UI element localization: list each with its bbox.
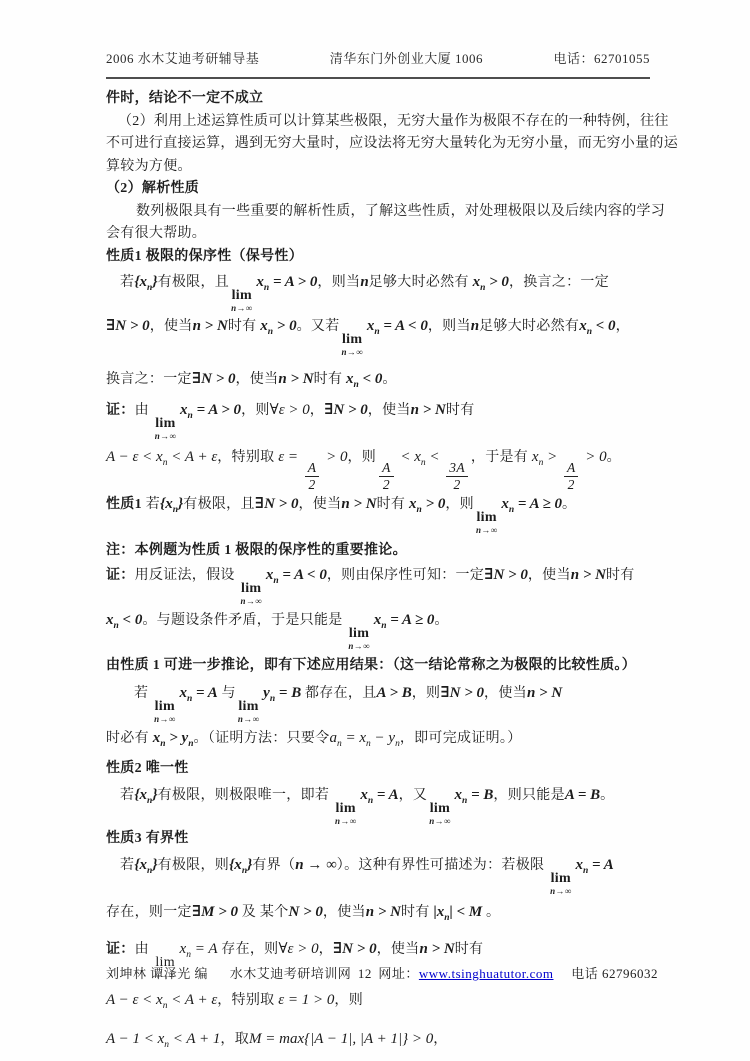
math-run: < xn < bbox=[397, 449, 444, 465]
math-text: a bbox=[330, 730, 338, 746]
lim-text: lim bbox=[155, 417, 175, 431]
header-rule bbox=[106, 77, 650, 79]
math-text: ∀ε > 0 bbox=[278, 941, 318, 957]
limit-symbol: limn→∞ bbox=[154, 700, 175, 724]
text-run: 时有 bbox=[314, 372, 346, 387]
math-text: = A bbox=[373, 787, 399, 803]
math-run: n > N bbox=[571, 567, 606, 583]
math-text: x bbox=[579, 318, 587, 334]
text-run: ，使当 bbox=[323, 905, 366, 920]
text-run: ， bbox=[433, 1032, 447, 1047]
doc-line: 若{xn}有极限，且limn→∞xn = A > 0，则当n足够大时必然有 xn… bbox=[106, 272, 652, 313]
math-text: = A < 0 bbox=[279, 567, 327, 583]
text-run: 时有 bbox=[455, 942, 484, 957]
text-run: ，则 bbox=[347, 450, 376, 465]
text-run: 与 bbox=[218, 686, 236, 701]
math-text: A − ε < x bbox=[106, 449, 163, 465]
lim-under: n→∞ bbox=[241, 597, 262, 606]
text-run: 换言之：一定 bbox=[106, 372, 192, 387]
math-text: y bbox=[263, 685, 270, 701]
math-text: > 0 bbox=[273, 318, 297, 334]
math-run: xn = A ≥ 0 bbox=[501, 496, 562, 512]
math-text: n > N bbox=[419, 941, 454, 957]
footer-site-name: 水木艾迪考研培训网 bbox=[230, 966, 352, 981]
math-run: ∃N > 0 bbox=[484, 567, 528, 583]
text-run: ，使当 bbox=[368, 403, 411, 418]
math-run: A − 1 < xn < A + 1 bbox=[106, 1031, 220, 1047]
math-text: x bbox=[106, 612, 114, 628]
lim-under: n→∞ bbox=[155, 432, 176, 441]
math-text: ∃N > 0 bbox=[484, 567, 528, 583]
math-text: x bbox=[360, 787, 368, 803]
math-text: {x bbox=[134, 787, 147, 803]
math-run: ε = bbox=[278, 449, 302, 465]
fraction: 3A2 bbox=[446, 461, 468, 491]
text-run: 。 bbox=[434, 613, 448, 628]
text-run: ，使当 bbox=[484, 686, 527, 701]
text-run: ，则当 bbox=[428, 319, 471, 334]
math-text: x bbox=[346, 371, 354, 387]
math-run: A − ε < xn < A + ε bbox=[106, 449, 217, 465]
math-run: ∃N > 0 bbox=[192, 371, 236, 387]
math-text: n > N bbox=[366, 904, 401, 920]
text-run: ）。这种有界性可描述为：若极限 bbox=[337, 858, 548, 873]
header-center: 清华东门外创业大厦 1006 bbox=[330, 48, 483, 67]
numerator: A bbox=[379, 461, 394, 477]
math-text: ∃N > 0 bbox=[333, 941, 377, 957]
text-run: ，使当 bbox=[377, 942, 420, 957]
bold-text-run: 证： bbox=[106, 942, 135, 957]
math-text: = B bbox=[275, 685, 301, 701]
math-text: ∃N > 0 bbox=[192, 371, 236, 387]
math-text: = A > 0 bbox=[193, 402, 241, 418]
math-run: an = xn − yn bbox=[330, 730, 400, 746]
numerator: A bbox=[564, 461, 579, 477]
math-run: ∃N > 0 bbox=[255, 496, 299, 512]
math-run: xn > 0 bbox=[473, 274, 509, 290]
text-run: ，取 bbox=[220, 1032, 249, 1047]
math-run: xn > yn bbox=[153, 730, 194, 746]
footer-link[interactable]: www.tsinghuatutor.com bbox=[419, 966, 554, 981]
math-text: x bbox=[532, 449, 539, 465]
math-text: {x bbox=[134, 857, 147, 873]
doc-line: 证：由 limn→∞xn = A > 0，则∀ε > 0，∃N > 0，使当n … bbox=[106, 400, 652, 441]
math-text: n > N bbox=[571, 567, 606, 583]
text-run: ， bbox=[310, 403, 324, 418]
doc-line: 性质2 唯一性 bbox=[106, 758, 652, 779]
lim-under: n→∞ bbox=[348, 642, 369, 651]
math-run: {xn} bbox=[229, 857, 252, 873]
math-run: xn = A < 0 bbox=[367, 318, 428, 334]
text-run: 若 bbox=[120, 858, 134, 873]
math-text: x bbox=[575, 857, 583, 873]
math-run: N > 0 bbox=[289, 904, 323, 920]
numerator: 3A bbox=[446, 461, 468, 477]
text-run: 用反证法，假设 bbox=[135, 568, 239, 583]
text-run: 若 bbox=[120, 275, 134, 290]
text-run: 数列极限具有一些重要的解析性质，了解这些性质，对处理极限以及后续内容的学习 bbox=[136, 204, 665, 219]
limit-symbol: limn→∞ bbox=[241, 582, 262, 606]
text-run: 不可进行直接运算，遇到无穷大量时，应设法将无穷大量转化为无穷小量，而无穷小量的运 bbox=[106, 136, 678, 151]
denominator: 2 bbox=[454, 477, 461, 492]
denominator: 2 bbox=[309, 477, 316, 492]
math-run: n > N bbox=[411, 402, 446, 418]
math-text: > bbox=[543, 449, 561, 465]
document-body: 件时，结论不一定不成立（2）利用上述运算性质可以计算某些极限，无穷大量作为极限不… bbox=[106, 88, 652, 1050]
text-run: 存在，则一定 bbox=[106, 905, 192, 920]
text-run: 有极限，则 bbox=[158, 858, 230, 873]
fraction: A2 bbox=[379, 461, 394, 491]
math-text: < bbox=[426, 449, 444, 465]
math-run: xn = B bbox=[455, 787, 494, 803]
math-text: |x bbox=[433, 904, 444, 920]
doc-line: 性质1 极限的保序性（保号性） bbox=[106, 246, 652, 267]
math-run: {xn} bbox=[160, 496, 183, 512]
math-text: = A bbox=[191, 941, 218, 957]
text-run: 。 bbox=[607, 450, 621, 465]
math-text: = A ≥ 0 bbox=[514, 496, 562, 512]
text-run: 。 bbox=[482, 905, 500, 920]
doc-line: 存在，则一定∃M > 0 及 某个N > 0，使当n > N时有 |xn| < … bbox=[106, 902, 652, 923]
doc-line: 若 limn→∞xn = A 与limn→∞yn = B 都存在，且A > B，… bbox=[106, 683, 652, 724]
text-run: 由 bbox=[135, 403, 153, 418]
math-run: n > N bbox=[527, 685, 562, 701]
page-number: 12 bbox=[358, 966, 372, 982]
math-text: > 0 bbox=[581, 449, 606, 465]
lim-text: lim bbox=[551, 872, 571, 886]
math-run: A − ε < xn < A + ε bbox=[106, 992, 217, 1008]
math-run: {xn} bbox=[134, 274, 157, 290]
math-run: |xn| < M bbox=[433, 904, 482, 920]
math-text: | < M bbox=[450, 904, 483, 920]
lim-under: n→∞ bbox=[238, 715, 259, 724]
lim-under: n→∞ bbox=[342, 348, 363, 357]
math-text: n bbox=[471, 318, 479, 334]
math-text: < A + ε bbox=[167, 992, 217, 1008]
lim-under: n→∞ bbox=[476, 526, 497, 535]
math-run: xn = A bbox=[180, 941, 218, 957]
math-text: ∃N > 0 bbox=[324, 402, 368, 418]
math-text: ∃N > 0 bbox=[440, 685, 484, 701]
math-text: A > B bbox=[377, 685, 412, 701]
math-text: = A ≥ 0 bbox=[386, 612, 434, 628]
text-run: ，则 bbox=[445, 497, 474, 512]
math-text: = A < 0 bbox=[380, 318, 428, 334]
footer-right: 网址：www.tsinghuatutor.com 电话 62796032 bbox=[378, 963, 658, 982]
text-run: 时有 bbox=[377, 497, 409, 512]
math-run: xn = A bbox=[179, 685, 217, 701]
math-text: {x bbox=[229, 857, 242, 873]
limit-symbol: limn→∞ bbox=[476, 511, 497, 535]
math-text: x bbox=[409, 496, 417, 512]
math-run: ∃N > 0 bbox=[333, 941, 377, 957]
limit-symbol: limn→∞ bbox=[335, 802, 356, 826]
math-run: xn > 0 bbox=[409, 496, 445, 512]
math-run: n > N bbox=[366, 904, 401, 920]
lim-text: lim bbox=[342, 333, 362, 347]
math-text: x bbox=[179, 685, 187, 701]
doc-line: 若{xn}有极限，则极限唯一，即若 limn→∞xn = A，又limn→∞xn… bbox=[106, 785, 652, 826]
math-run: xn = A > 0 bbox=[180, 402, 241, 418]
doc-line: 会有很大帮助。 bbox=[106, 223, 652, 244]
lim-under: n→∞ bbox=[231, 304, 252, 313]
math-run: xn > 0 bbox=[260, 318, 296, 334]
math-text: n > N bbox=[193, 318, 228, 334]
math-text: A − ε < x bbox=[106, 992, 163, 1008]
math-text: ∃M > 0 bbox=[192, 904, 238, 920]
doc-line: 不可进行直接运算，遇到无穷大量时，应设法将无穷大量转化为无穷小量，而无穷小量的运 bbox=[106, 133, 652, 154]
math-run: n > N bbox=[419, 941, 454, 957]
math-text: x bbox=[455, 787, 463, 803]
math-run: ∃N > 0 bbox=[440, 685, 484, 701]
footer-phone: 电话 62796032 bbox=[571, 966, 658, 981]
math-run: yn = B bbox=[263, 685, 301, 701]
numerator: A bbox=[305, 461, 320, 477]
header-left: 2006 水木艾迪考研辅导基 bbox=[106, 48, 259, 67]
math-text: < 0 bbox=[592, 318, 616, 334]
math-run: ∃N > 0 bbox=[106, 318, 150, 334]
math-run: xn > bbox=[532, 449, 561, 465]
denominator: 2 bbox=[568, 477, 575, 492]
text-run: 存在，则 bbox=[217, 942, 278, 957]
text-run: 。又若 bbox=[297, 319, 340, 334]
math-text: N > 0 bbox=[289, 904, 323, 920]
bold-text-run: 证： bbox=[106, 568, 135, 583]
text-run: 时必有 bbox=[106, 731, 153, 746]
document-page: 2006 水木艾迪考研辅导基 清华东门外创业大厦 1006 电话：6270105… bbox=[0, 0, 750, 1061]
doc-line: A − 1 < xn < A + 1，取M = max{|A − 1|, |A … bbox=[106, 1029, 652, 1050]
math-text: ε = bbox=[278, 449, 302, 465]
math-text: < 0 bbox=[119, 612, 143, 628]
text-run: ， bbox=[319, 942, 333, 957]
lim-text: lim bbox=[232, 289, 252, 303]
text-run: ，又 bbox=[399, 788, 428, 803]
math-text: x bbox=[180, 402, 188, 418]
math-text: = A bbox=[192, 685, 218, 701]
doc-line: 数列极限具有一些重要的解析性质，了解这些性质，对处理极限以及后续内容的学习 bbox=[106, 201, 652, 222]
math-text: − y bbox=[371, 730, 395, 746]
math-text: A = B bbox=[565, 787, 600, 803]
text-run: ，使当 bbox=[298, 497, 341, 512]
doc-line: 证：用反证法，假设 limn→∞xn = A < 0，则由保序性可知：一定∃N … bbox=[106, 565, 652, 606]
math-run: > 0 bbox=[581, 449, 606, 465]
text-run: 时有 bbox=[401, 905, 433, 920]
math-text: ε = 1 > 0 bbox=[278, 992, 334, 1008]
math-run: n bbox=[360, 274, 368, 290]
doc-line: （2）利用上述运算性质可以计算某些极限，无穷大量作为极限不存在的一种特例，往往 bbox=[106, 111, 652, 132]
math-text: = A > 0 bbox=[269, 274, 317, 290]
math-text: M = max{|A − 1|, |A + 1|} > 0 bbox=[249, 1031, 433, 1047]
math-text: < A + ε bbox=[167, 449, 217, 465]
text-run: 算较为方便。 bbox=[106, 159, 192, 174]
math-run: ∃N > 0 bbox=[324, 402, 368, 418]
text-run: ，特别取 bbox=[217, 450, 278, 465]
math-run: xn = A < 0 bbox=[266, 567, 327, 583]
limit-symbol: limn→∞ bbox=[429, 802, 450, 826]
text-run: （2）利用上述运算性质可以计算某些极限，无穷大量作为极限不存在的一种特例，往往 bbox=[118, 114, 669, 129]
page-footer: 刘坤林 谭泽光 编 水木艾迪考研培训网 12 网址：www.tsinghuatu… bbox=[106, 963, 658, 982]
header-right: 电话：62701055 bbox=[553, 48, 650, 67]
doc-line: xn < 0。与题设条件矛盾，于是只能是 limn→∞xn = A ≥ 0。 bbox=[106, 610, 652, 651]
math-text: n bbox=[360, 274, 368, 290]
math-text: = B bbox=[467, 787, 493, 803]
text-run: 有极限，则极限唯一，即若 bbox=[158, 788, 333, 803]
math-run: A = B bbox=[565, 787, 600, 803]
math-run: n → ∞ bbox=[295, 857, 337, 873]
math-run: n > N bbox=[278, 371, 313, 387]
math-text: x bbox=[473, 274, 481, 290]
math-run: xn = A bbox=[575, 857, 613, 873]
text-run: 。与题设条件矛盾，于是只能是 bbox=[142, 613, 346, 628]
math-text: x bbox=[501, 496, 509, 512]
lim-text: lim bbox=[349, 627, 369, 641]
denominator: 2 bbox=[383, 477, 390, 492]
doc-line: 由性质 1 可进一步推论，即有下述应用结果：（这一结论常称之为极限的比较性质。） bbox=[106, 655, 652, 676]
fraction: A2 bbox=[564, 461, 579, 491]
doc-line: ∃N > 0，使当n > N时有 xn > 0。又若limn→∞xn = A <… bbox=[106, 316, 652, 357]
math-text: n > N bbox=[411, 402, 446, 418]
text-run: 都存在，且 bbox=[301, 686, 376, 701]
doc-line: 性质1 若{xn}有极限，且∃N > 0，使当n > N时有 xn > 0，则l… bbox=[106, 494, 652, 535]
math-text: n > N bbox=[278, 371, 313, 387]
footer-url-label: 网址： bbox=[378, 966, 419, 981]
limit-symbol: limn→∞ bbox=[550, 872, 571, 896]
lim-text: lim bbox=[241, 582, 261, 596]
math-text: = A bbox=[588, 857, 614, 873]
lim-under: n→∞ bbox=[335, 817, 356, 826]
math-run: n > N bbox=[341, 496, 376, 512]
lim-text: lim bbox=[335, 802, 355, 816]
text-run: 有极限，且 bbox=[183, 497, 255, 512]
text-run: 足够大时必然有 bbox=[369, 275, 473, 290]
math-run: xn < 0 bbox=[579, 318, 615, 334]
bold-text-run: 性质3 有界性 bbox=[106, 831, 189, 846]
math-text: n > N bbox=[527, 685, 562, 701]
math-text: {x bbox=[160, 496, 173, 512]
text-run: 若 bbox=[146, 497, 160, 512]
text-run: ，即可完成证明。） bbox=[400, 731, 522, 746]
bold-text-run: 性质2 唯一性 bbox=[106, 761, 189, 776]
math-text: > 0 bbox=[422, 496, 446, 512]
bold-text-run: 性质1 bbox=[106, 497, 146, 512]
math-text: > y bbox=[166, 730, 189, 746]
math-run: A > B bbox=[377, 685, 412, 701]
fraction: A2 bbox=[305, 461, 320, 491]
limit-symbol: limn→∞ bbox=[238, 700, 259, 724]
text-run: 及 某个 bbox=[238, 905, 289, 920]
math-text: {x bbox=[134, 274, 147, 290]
text-run: 会有很大帮助。 bbox=[106, 226, 206, 241]
bold-text-run: 性质1 极限的保序性（保号性） bbox=[106, 249, 303, 264]
limit-symbol: limn→∞ bbox=[348, 627, 369, 651]
limit-symbol: limn→∞ bbox=[231, 289, 252, 313]
limit-symbol: limn→∞ bbox=[155, 417, 176, 441]
math-run: {xn} bbox=[134, 857, 157, 873]
text-run: ，则 bbox=[241, 403, 270, 418]
bold-text-run: 件时，结论不一定不成立 bbox=[106, 91, 263, 106]
math-run: n bbox=[471, 318, 479, 334]
lim-under: n→∞ bbox=[429, 817, 450, 826]
bold-text-run: 证： bbox=[106, 403, 135, 418]
text-run: 有极限，且 bbox=[158, 275, 230, 290]
doc-line: 件时，结论不一定不成立 bbox=[106, 88, 652, 109]
doc-line: 性质3 有界性 bbox=[106, 828, 652, 849]
math-text: = x bbox=[342, 730, 366, 746]
math-run: xn < 0 bbox=[346, 371, 382, 387]
text-run: 。 bbox=[600, 788, 614, 803]
math-text: < x bbox=[397, 449, 421, 465]
doc-line: A − ε < xn < A + ε，特别取 ε = 1 > 0，则 bbox=[106, 990, 652, 1011]
math-text: < A + 1 bbox=[169, 1031, 220, 1047]
text-run: ，使当 bbox=[150, 319, 193, 334]
math-text: ∀ε > 0 bbox=[270, 402, 310, 418]
math-run: xn < 0 bbox=[106, 612, 142, 628]
text-run: 足够大时必然有 bbox=[479, 319, 579, 334]
text-run: ，则 bbox=[412, 686, 441, 701]
text-run: 若 bbox=[120, 788, 134, 803]
page-header: 2006 水木艾迪考研辅导基 清华东门外创业大厦 1006 电话：6270105… bbox=[106, 48, 650, 67]
text-run: ，特别取 bbox=[217, 993, 278, 1008]
bold-text-run: （2）解析性质 bbox=[106, 181, 199, 196]
doc-line: （2）解析性质 bbox=[106, 178, 652, 199]
text-run: 时有 bbox=[446, 403, 475, 418]
doc-line: 注：本例题为性质 1 极限的保序性的重要推论。 bbox=[106, 540, 652, 561]
text-run: ，使当 bbox=[236, 372, 279, 387]
text-run: ， bbox=[616, 319, 630, 334]
lim-under: n→∞ bbox=[550, 887, 571, 896]
bold-text-run: 由性质 1 可进一步推论，即有下述应用结果：（这一结论常称之为极限的比较性质。） bbox=[106, 658, 636, 673]
doc-line: 时必有 xn > yn。（证明方法：只要令an = xn − yn，即可完成证明… bbox=[106, 728, 652, 749]
math-run: xn = A ≥ 0 bbox=[374, 612, 435, 628]
lim-text: lim bbox=[155, 700, 175, 714]
doc-line: 若{xn}有极限，则{xn}有界（n → ∞）。这种有界性可描述为：若极限 li… bbox=[106, 855, 652, 896]
bold-text-run: 注：本例题为性质 1 极限的保序性的重要推论。 bbox=[106, 543, 407, 558]
text-run: ，则由保序性可知：一定 bbox=[327, 568, 484, 583]
doc-line: A − ε < xn < A + ε，特别取 ε = A2 > 0，则A2 < … bbox=[106, 447, 652, 491]
text-run: ，则只能是 bbox=[493, 788, 565, 803]
text-run: 若 bbox=[134, 686, 152, 701]
math-text: < 0 bbox=[359, 371, 383, 387]
text-run: ，则当 bbox=[317, 275, 360, 290]
text-run: 有界（ bbox=[252, 858, 295, 873]
math-text: n → ∞ bbox=[295, 857, 337, 873]
math-run: n > N bbox=[193, 318, 228, 334]
text-run: ，则 bbox=[334, 993, 363, 1008]
lim-text: lim bbox=[476, 511, 496, 525]
math-run: ∀ε > 0 bbox=[278, 941, 318, 957]
math-run: xn = A > 0 bbox=[256, 274, 317, 290]
limit-symbol: limn→∞ bbox=[342, 333, 363, 357]
footer-left: 刘坤林 谭泽光 编 水木艾迪考研培训网 bbox=[106, 963, 351, 982]
footer-authors: 刘坤林 谭泽光 编 bbox=[106, 966, 208, 981]
doc-line: 换言之：一定∃N > 0，使当n > N时有 xn < 0。 bbox=[106, 369, 652, 390]
math-run: ∃M > 0 bbox=[192, 904, 238, 920]
math-run: ∀ε > 0 bbox=[270, 402, 310, 418]
text-run: 时有 bbox=[606, 568, 635, 583]
math-text: x bbox=[260, 318, 268, 334]
text-run: 。 bbox=[562, 497, 576, 512]
doc-line: 算较为方便。 bbox=[106, 156, 652, 177]
math-run: > 0 bbox=[322, 449, 347, 465]
math-text: > 0 bbox=[485, 274, 509, 290]
text-run: ，换言之：一定 bbox=[509, 275, 609, 290]
math-run: {xn} bbox=[134, 787, 157, 803]
lim-under: n→∞ bbox=[154, 715, 175, 724]
lim-text: lim bbox=[238, 700, 258, 714]
math-run: xn = A bbox=[360, 787, 398, 803]
math-text: x bbox=[256, 274, 264, 290]
math-text: ∃N > 0 bbox=[106, 318, 150, 334]
